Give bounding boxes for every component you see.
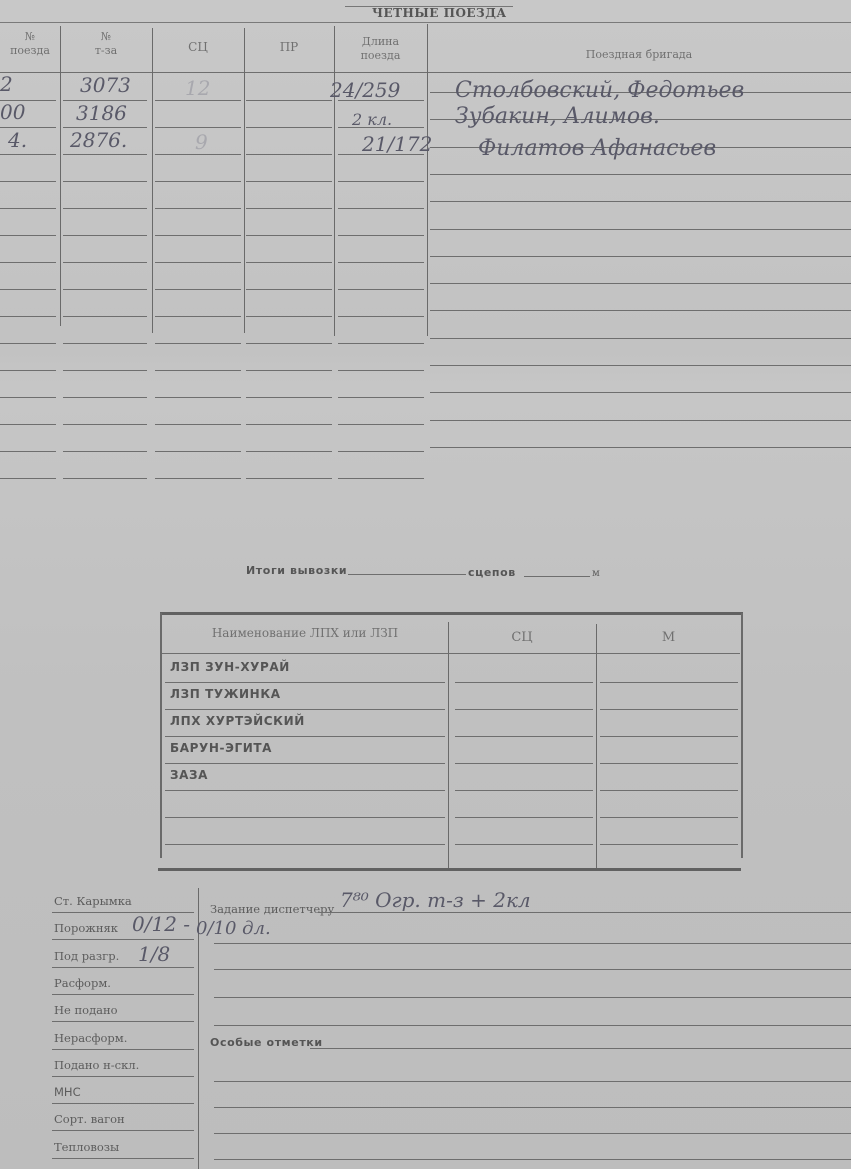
ruled-line <box>214 1159 851 1160</box>
train-no-cell: 2 <box>0 72 13 96</box>
ruled-line <box>430 229 851 230</box>
ruled-line <box>0 208 56 209</box>
ruled-line <box>246 370 332 371</box>
ruled-line <box>246 316 332 317</box>
col-divider <box>596 624 597 868</box>
ruled-line <box>63 343 147 344</box>
ruled-line <box>63 451 147 452</box>
lph-m-field <box>600 736 738 737</box>
ruled-line <box>246 397 332 398</box>
ruled-line <box>63 262 147 263</box>
ruled-line <box>63 397 147 398</box>
length-cell: 2 кл. <box>352 110 392 129</box>
sc-cell: 9 <box>195 130 208 154</box>
station-row-label: Тепловозы <box>54 1140 119 1154</box>
table-border <box>160 612 743 615</box>
station-row-label: Не подано <box>54 1003 118 1017</box>
col-divider <box>152 28 153 333</box>
lph-m-field <box>600 709 738 710</box>
lph-m-field <box>600 682 738 683</box>
header-text: поезда <box>334 49 427 63</box>
ruled-line <box>338 316 424 317</box>
lph-row-line <box>165 763 445 764</box>
ruled-line <box>430 310 851 311</box>
crew-cell: Зубакин, Алимов. <box>455 104 660 129</box>
header-sc: СЦ <box>152 40 244 54</box>
ruled-line <box>0 289 56 290</box>
lph-row-line <box>165 844 445 845</box>
length-cell: 21/172 <box>362 132 432 156</box>
header-pr: ПР <box>244 40 334 54</box>
header-text: поезда <box>0 44 60 58</box>
station-row-label: Нерасформ. <box>54 1031 127 1045</box>
length-cell: 24/259 <box>330 78 400 102</box>
ruled-line <box>338 370 424 371</box>
col-divider <box>244 28 245 333</box>
station-row-field <box>52 1158 194 1159</box>
ruled-line <box>155 100 241 101</box>
ruled-line <box>246 127 332 128</box>
station-row-field <box>52 1076 194 1077</box>
lph-m-field <box>600 790 738 791</box>
ruled-line <box>63 289 147 290</box>
ruled-line <box>155 343 241 344</box>
lph-header-sc: СЦ <box>448 631 596 645</box>
ruled-line <box>246 235 332 236</box>
ruled-line <box>214 969 851 970</box>
ruled-line <box>155 154 241 155</box>
loco-no-cell: 2876. <box>70 128 127 152</box>
lph-sc-field <box>455 709 593 710</box>
ruled-line <box>0 181 56 182</box>
col-divider <box>427 24 428 336</box>
ruled-line <box>338 235 424 236</box>
ruled-line <box>430 365 851 366</box>
ruled-line <box>155 397 241 398</box>
col-divider <box>60 26 61 326</box>
ruled-line <box>246 262 332 263</box>
loco-no-cell: 3186 <box>76 101 127 125</box>
special-notes-label: Особые отметки <box>210 1036 323 1049</box>
ruled-line <box>63 316 147 317</box>
station-row-label: Сорт. вагон <box>54 1112 125 1126</box>
table-border <box>160 613 162 858</box>
station-row-label: Порожняк <box>54 921 118 935</box>
ruled-line <box>0 451 56 452</box>
ruled-line <box>155 478 241 479</box>
ruled-line <box>0 424 56 425</box>
header-length: Длина поезда <box>334 35 427 63</box>
ruled-line <box>63 208 147 209</box>
lph-sc-field <box>455 817 593 818</box>
station-row-label: Расформ. <box>54 976 111 990</box>
ruled-line <box>338 478 424 479</box>
ruled-line <box>246 424 332 425</box>
ruled-line <box>0 478 56 479</box>
ruled-line <box>0 316 56 317</box>
totals-label: Итоги вывозки <box>246 564 347 577</box>
ruled-line <box>155 370 241 371</box>
ruled-line <box>155 451 241 452</box>
header-text: № <box>60 30 152 44</box>
ruled-line <box>63 181 147 182</box>
table-border <box>158 868 741 871</box>
header-crew: Поездная бригада <box>427 48 851 62</box>
sc-cell: 12 <box>185 76 210 100</box>
ruled-line <box>246 478 332 479</box>
dispatcher-task-line2[interactable]: 0/10 дл. <box>196 918 271 939</box>
ruled-line <box>214 943 851 944</box>
lph-header-m: М <box>596 631 741 645</box>
ruled-line <box>63 478 147 479</box>
ruled-line <box>155 289 241 290</box>
ruled-line <box>246 343 332 344</box>
ruled-line <box>0 343 56 344</box>
table-border <box>741 613 743 858</box>
header-train-no: № поезда <box>0 30 60 58</box>
ruled-line <box>338 424 424 425</box>
ruled-line <box>63 235 147 236</box>
lph-sc-field <box>455 763 593 764</box>
meters-field[interactable] <box>524 576 590 577</box>
train-no-cell: 00 <box>0 100 25 124</box>
ruled-line <box>155 127 241 128</box>
ruled-line <box>63 370 147 371</box>
lph-m-field <box>600 763 738 764</box>
loco-no-cell: 3073 <box>80 73 131 97</box>
ruled-line <box>214 1081 851 1082</box>
header-loco-no: № т-за <box>60 30 152 58</box>
ruled-line <box>338 397 424 398</box>
page-title: ЧЕТНЫЕ ПОЕЗДА <box>372 6 507 20</box>
ruled-line <box>430 201 851 202</box>
station-row-field <box>52 967 194 968</box>
header-text: т-за <box>60 44 152 58</box>
lph-sc-field <box>455 682 593 683</box>
ruled-line <box>246 451 332 452</box>
lph-header-name: Наименование ЛПХ или ЛЗП <box>162 626 448 640</box>
lph-row-line <box>165 682 445 683</box>
ruled-line <box>430 256 851 257</box>
title-underline <box>0 22 851 23</box>
ruled-line <box>63 424 147 425</box>
lph-row-name: ЛПХ ХУРТЭЙСКИЙ <box>170 714 305 728</box>
ruled-line <box>155 181 241 182</box>
ruled-line <box>430 447 851 448</box>
station-row-field <box>52 994 194 995</box>
header-divider <box>162 653 740 654</box>
lph-row-line <box>165 817 445 818</box>
ruled-line <box>155 424 241 425</box>
train-no-cell: 4. <box>8 128 27 152</box>
lph-row-name: ЛЗП ЗУН-ХУРАЙ <box>170 660 290 674</box>
empty-cars-value: 0/12 - <box>132 912 190 936</box>
lph-row-name: ЛЗП ТУЖИНКА <box>170 687 281 701</box>
header-text: Длина <box>334 35 427 49</box>
ruled-line <box>246 289 332 290</box>
station-row-field <box>52 1103 194 1104</box>
ruled-line <box>214 997 851 998</box>
ruled-line <box>155 262 241 263</box>
ruled-line <box>246 154 332 155</box>
ruled-line <box>0 262 56 263</box>
lph-m-field <box>600 817 738 818</box>
lph-row-name: ЗАЗА <box>170 768 208 782</box>
ruled-line <box>0 370 56 371</box>
station-row-label: МНС <box>54 1085 81 1099</box>
ruled-line <box>155 208 241 209</box>
ruled-line <box>338 451 424 452</box>
lph-sc-field <box>455 736 593 737</box>
ruled-line <box>246 181 332 182</box>
station-row-label: Ст. Карымка <box>54 894 132 908</box>
ruled-line <box>430 283 851 284</box>
dispatcher-label: Задание диспетчеру <box>210 902 334 916</box>
station-row-label: Под разгр. <box>54 949 119 963</box>
ruled-line <box>338 343 424 344</box>
lph-m-field <box>600 844 738 845</box>
dispatcher-task[interactable]: 7⁸⁰ Огр. т-з + 2кл <box>340 888 531 912</box>
ruled-line <box>246 208 332 209</box>
ruled-line <box>430 174 851 175</box>
unloading-value: 1/8 <box>138 942 170 966</box>
station-row-field <box>52 1021 194 1022</box>
ruled-line <box>0 235 56 236</box>
col-divider <box>448 622 449 868</box>
meters-label: м <box>592 568 600 579</box>
ruled-line <box>338 262 424 263</box>
lph-row-line <box>165 709 445 710</box>
header-text: № <box>0 30 60 44</box>
station-row-field <box>52 1130 194 1131</box>
ruled-line <box>155 235 241 236</box>
ruled-line <box>214 1107 851 1108</box>
ruled-line <box>318 912 851 913</box>
ruled-line <box>63 154 147 155</box>
ruled-line <box>430 392 851 393</box>
crew-cell: Столбовский, Федотьев <box>455 78 744 103</box>
ruled-line <box>338 289 424 290</box>
ruled-line <box>0 154 56 155</box>
lph-row-name: БАРУН-ЭГИТА <box>170 741 272 755</box>
lph-row-line <box>165 736 445 737</box>
ruled-line <box>338 208 424 209</box>
ruled-line <box>338 181 424 182</box>
ruled-line <box>0 397 56 398</box>
ruled-line <box>246 100 332 101</box>
lph-sc-field <box>455 844 593 845</box>
lph-sc-field <box>455 790 593 791</box>
couplings-label: сцепов <box>468 566 516 579</box>
ruled-line <box>155 316 241 317</box>
ruled-line <box>430 420 851 421</box>
lph-row-line <box>165 790 445 791</box>
station-row-label: Подано н-скл. <box>54 1058 139 1072</box>
ruled-line <box>214 1133 851 1134</box>
station-row-field <box>52 1049 194 1050</box>
crew-cell: Филатов Афанасьев <box>478 136 716 161</box>
ruled-line <box>214 1025 851 1026</box>
col-divider <box>334 26 335 336</box>
ruled-line <box>430 338 851 339</box>
totals-field[interactable] <box>348 574 466 575</box>
station-row-field <box>52 939 194 940</box>
ruled-line <box>310 1048 851 1049</box>
